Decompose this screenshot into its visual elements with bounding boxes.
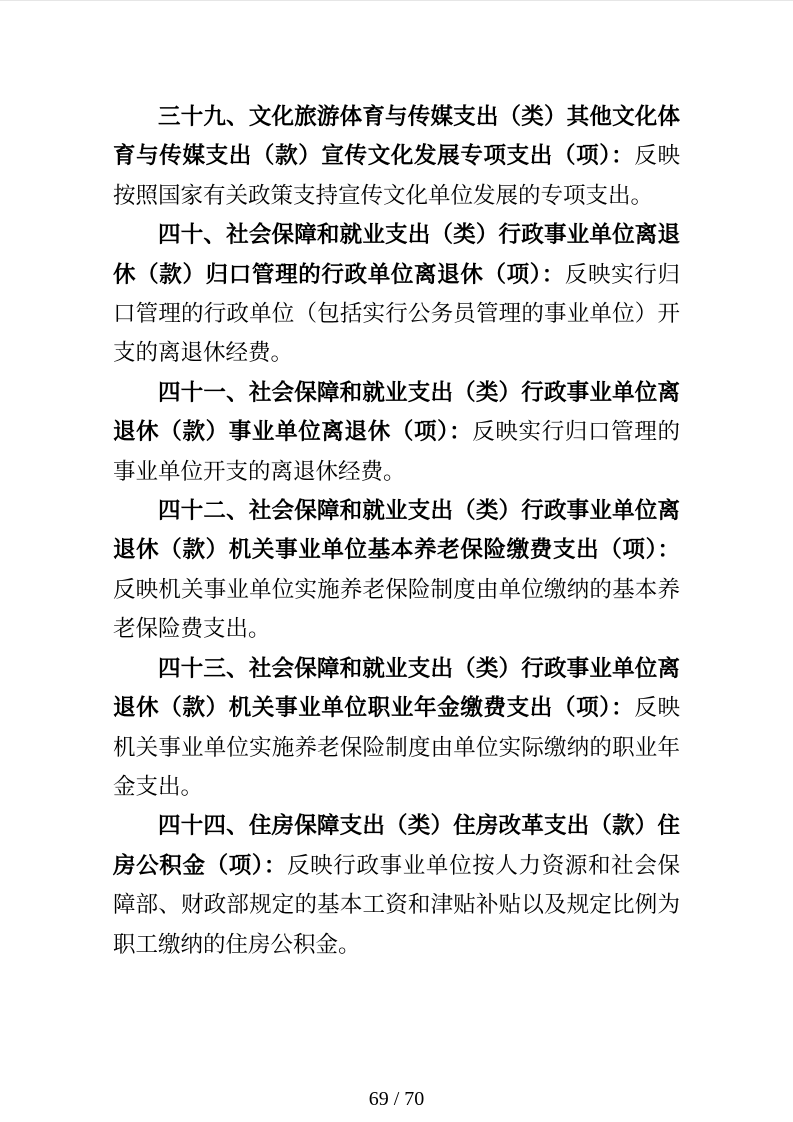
paragraph: 四十四、住房保障支出（类）住房改革支出（款）住房公积金（项）：反映行政事业单位按…: [113, 806, 680, 964]
clause-heading: 四十二、社会保障和就业支出（类）行政事业单位离退休（款）机关事业单位基本养老保险…: [113, 498, 680, 562]
paragraph: 四十三、社会保障和就业支出（类）行政事业单位离退休（款）机关事业单位职业年金缴费…: [113, 649, 680, 807]
document-body: 三十九、文化旅游体育与传媒支出（类）其他文化体育与传媒支出（款）宣传文化发展专项…: [113, 97, 680, 964]
document-page: 三十九、文化旅游体育与传媒支出（类）其他文化体育与传媒支出（款）宣传文化发展专项…: [0, 0, 793, 1122]
clause-description: 反映机关事业单位实施养老保险制度由单位缴纳的基本养老保险费支出。: [113, 577, 680, 641]
clause-heading: 三十九、文化旅游体育与传媒支出（类）其他文化体育与传媒支出（款）宣传文化发展专项…: [113, 104, 680, 168]
paragraph: 四十一、社会保障和就业支出（类）行政事业单位离退休（款）事业单位离退休（项）：反…: [113, 373, 680, 491]
clause-heading: 四十三、社会保障和就业支出（类）行政事业单位离退休（款）机关事业单位职业年金缴费…: [113, 656, 680, 720]
page-number: 69 / 70: [0, 1089, 793, 1109]
paragraph: 四十二、社会保障和就业支出（类）行政事业单位离退休（款）机关事业单位基本养老保险…: [113, 491, 680, 649]
paragraph: 四十、社会保障和就业支出（类）行政事业单位离退休（款）归口管理的行政单位离退休（…: [113, 215, 680, 373]
paragraph: 三十九、文化旅游体育与传媒支出（类）其他文化体育与传媒支出（款）宣传文化发展专项…: [113, 97, 680, 215]
